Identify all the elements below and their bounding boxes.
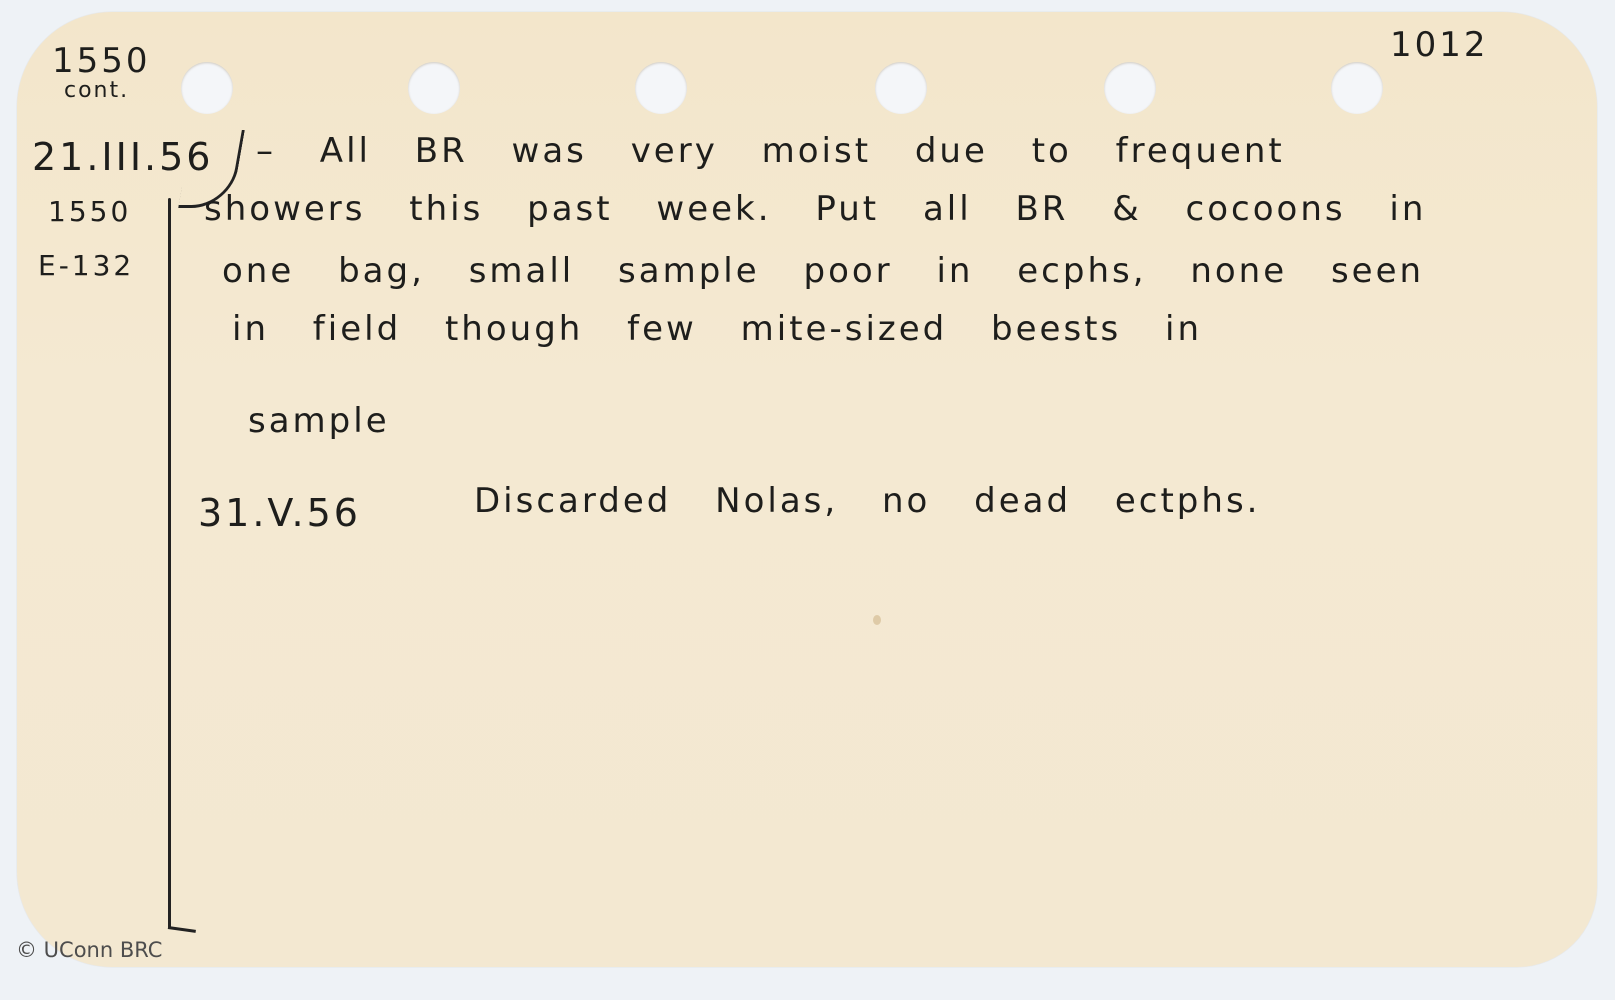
entry-2-line-1: Discarded Nolas, no dead ectphs. <box>474 484 1260 518</box>
margin-label-sample: 1550 <box>48 198 131 226</box>
punch-hole <box>875 62 927 114</box>
scan-viewer: 1550 cont. 1012 1550 E-132 21.III.56 – A… <box>0 0 1615 1000</box>
punch-hole <box>408 62 460 114</box>
copyright-notice: © UConn BRC <box>16 938 162 962</box>
continued-note: cont. <box>64 80 129 102</box>
punch-hole <box>1104 62 1156 114</box>
card-number-top-left: 1550 <box>52 44 151 78</box>
entry-1-line-1: – All BR was very moist due to frequent <box>256 134 1285 168</box>
punch-hole <box>635 62 687 114</box>
entry-date-1: 21.III.56 <box>32 138 214 176</box>
card-number-top-right: 1012 <box>1390 28 1489 62</box>
entry-1-line-2: showers this past week. Put all BR & coc… <box>204 192 1426 226</box>
entry-bracket-line <box>168 198 171 928</box>
entry-date-2: 31.V.56 <box>198 494 361 532</box>
margin-label-code: E-132 <box>38 252 134 280</box>
punch-hole <box>1331 62 1383 114</box>
paper-speck <box>873 615 881 625</box>
entry-1-line-5: sample <box>248 404 390 438</box>
entry-1-line-4: in field though few mite-sized beests in <box>232 312 1202 346</box>
punch-hole <box>181 62 233 114</box>
entry-1-line-3: one bag, small sample poor in ecphs, non… <box>222 254 1424 288</box>
